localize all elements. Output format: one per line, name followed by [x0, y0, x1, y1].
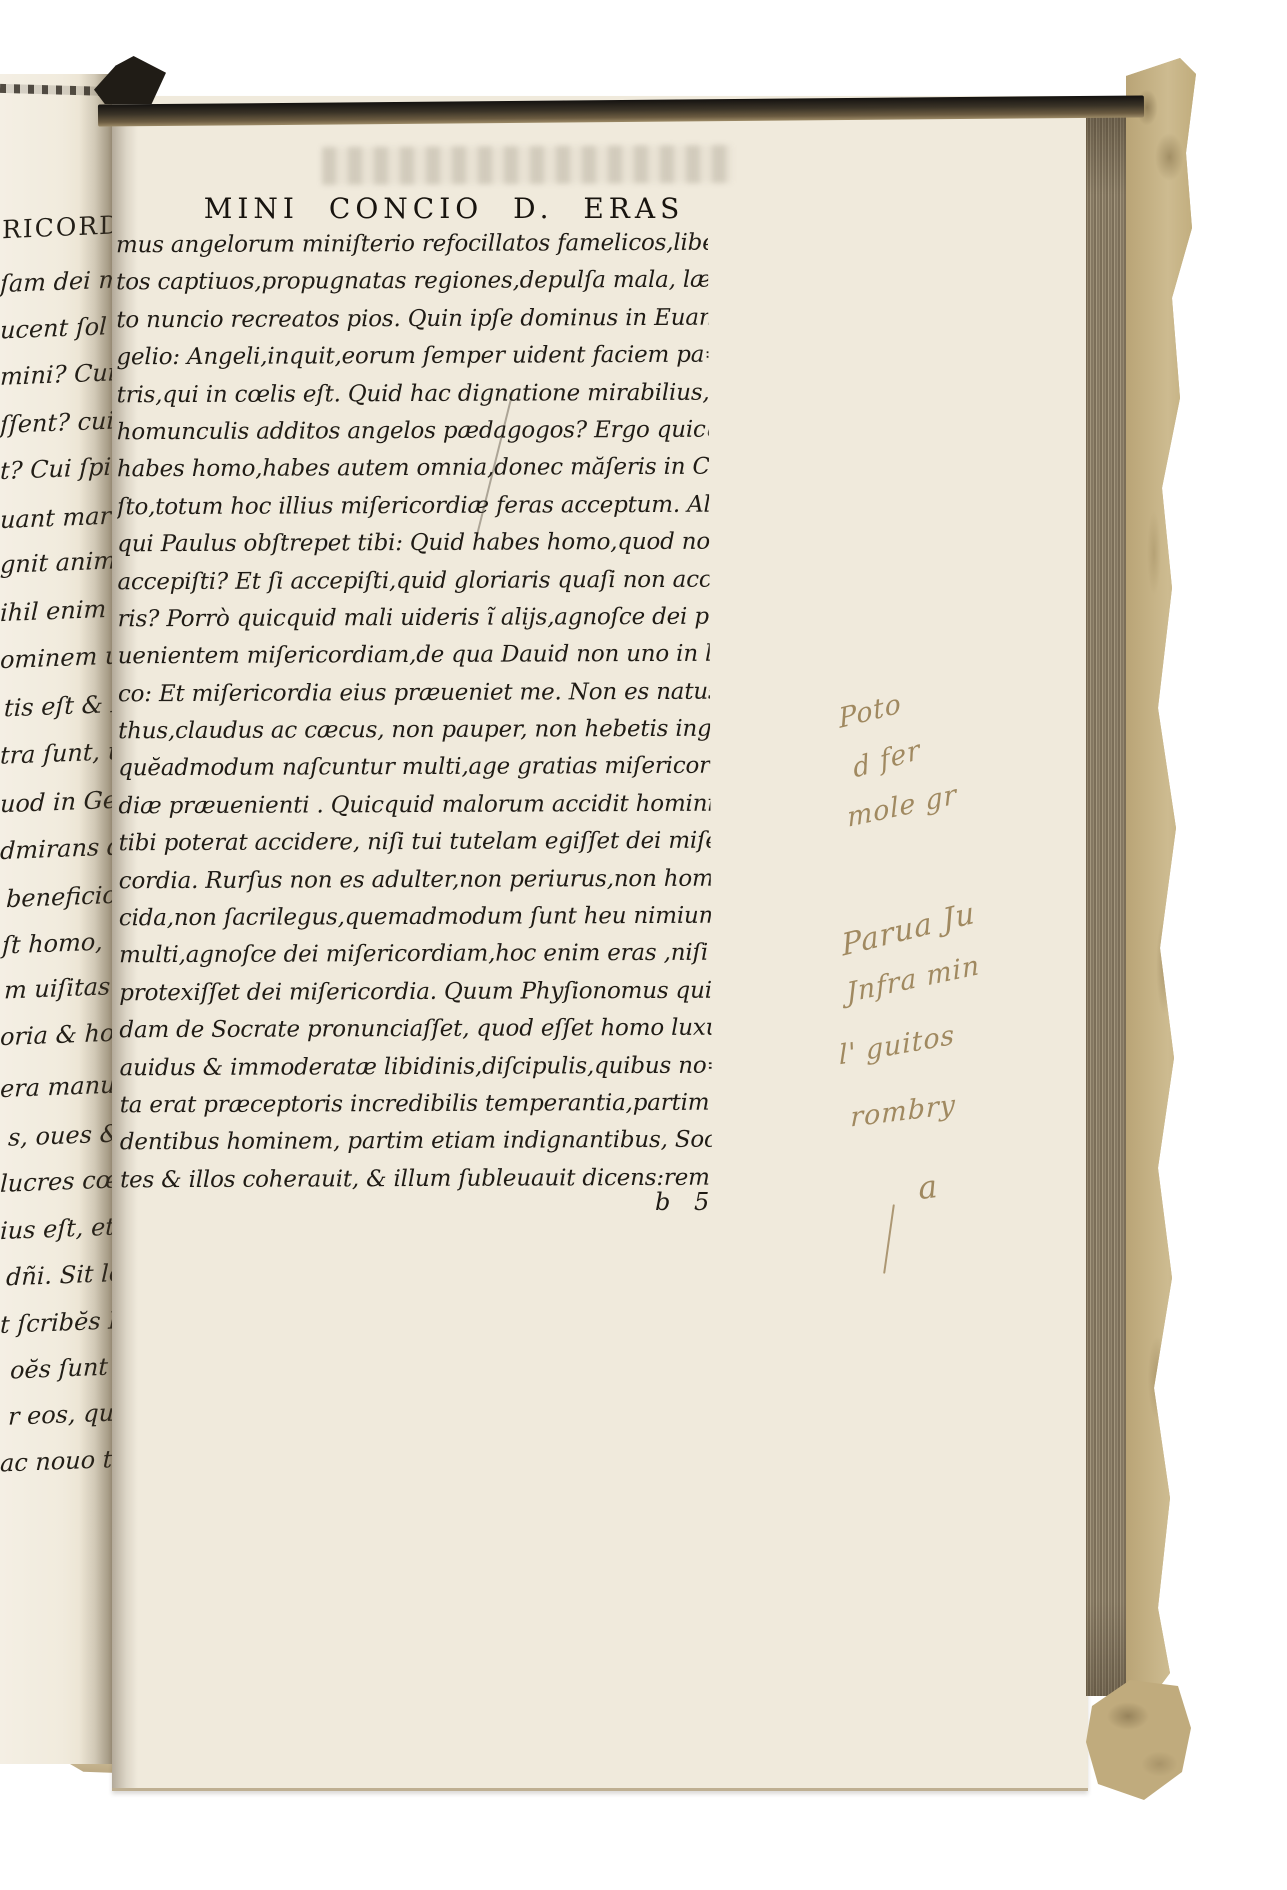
body-text-line: dam de Socrate pronunciaſſet, quod eſſet…: [119, 1010, 711, 1050]
body-text-line: diæ præuenienti . Quicquid malorum accid…: [118, 786, 710, 826]
body-text-line: qui Paulus obſtrepet tibi: Quid habes ho…: [117, 524, 709, 564]
book-photograph: RICORDIA ſam dei miſericor ucent ſol per…: [0, 0, 1287, 1890]
body-text-line: quĕadmodum naſcuntur multi,age gratias m…: [118, 748, 710, 788]
facing-page-edge: RICORDIA ſam dei miſericor ucent ſol per…: [0, 74, 113, 1764]
marginalia-note: rombry: [850, 1089, 956, 1133]
body-text-line: multi,agnoſce dei miſericordiam,hoc enim…: [119, 935, 711, 975]
marginalia-note: mole gr: [846, 779, 958, 834]
body-text-line: tibi poterat accidere, niſi tui tutelam …: [118, 823, 710, 863]
facing-page-text-fragment: ſam dei miſericor: [0, 262, 113, 298]
facing-page-text-fragment: t ſcribĕs Hebreis: [0, 1303, 113, 1339]
facing-page-text-fragment: ihil enim omnium: [0, 591, 113, 627]
marginalia-note: Jnfra min: [845, 950, 981, 1010]
marginalia-note: l' guitos: [838, 1020, 955, 1072]
body-text-line: thus,claudus ac cæcus, non pauper, non h…: [118, 711, 710, 751]
pen-stroke: [883, 1204, 895, 1274]
facing-page-text-fragment: tra ſunt, uos aut: [0, 734, 113, 770]
facing-page-text-fragment: t? Cui ſpirant aur: [0, 449, 113, 485]
body-text-line: cida,non ſacrilegus,quemadmodum ſunt heu…: [119, 898, 711, 938]
body-text-line: ſto,totum hoc illius miſericordiæ feras …: [117, 486, 709, 526]
vellum-bottom-corner: [1086, 1680, 1191, 1800]
body-text-line: tris,qui in cœlis eſt. Quid hac dignatio…: [117, 374, 709, 414]
signature-mark: b 5: [655, 1188, 709, 1216]
facing-page-text-fragment: dñi. Sit leue pōdus: [6, 1255, 113, 1292]
body-text-line: protexiſſet dei miſericordia. Quum Phyſi…: [119, 973, 711, 1013]
body-text-line: tes & illos coherauit, & illum ſubleuaui…: [120, 1159, 712, 1199]
body-text-line: homunculis additos angelos pædagogos? Er…: [117, 412, 709, 452]
body-text-line: ris? Porrò quicquid mali uideris ĩ alijs…: [118, 599, 710, 639]
marginalia-note: a: [916, 1167, 940, 1207]
facing-page-text-fragment: uod in Geneſi narr: [0, 782, 113, 819]
facing-page-text-fragment: mini? Cuius uſib: [0, 355, 113, 391]
body-text-line: cordia. Rurſus non es adulter,non periur…: [119, 860, 711, 900]
facing-page-text-fragment: beneficiorum in h: [6, 877, 113, 913]
facing-page-text-fragment: ucent ſol per diem,: [0, 308, 113, 345]
facing-page-text-fragment: ſt homo, quod mem: [2, 922, 113, 959]
running-title: MINI CONCIO D. ERAS: [189, 192, 699, 225]
facing-page-text-fragment: m uiſitas eum?: [4, 970, 113, 1005]
body-text-line: gelio: Angeli,inquit,eorum ſemper uident…: [116, 337, 708, 377]
body-text-line: habes homo,habes autem omnia,donec măſer…: [117, 449, 709, 489]
facing-page-text-fragment: r eos, qui hered: [8, 1395, 113, 1430]
facing-page-text-fragment: lucres cœli & piſ: [0, 1162, 113, 1198]
body-text-line: ta erat præceptoris incredibilis tempera…: [120, 1085, 712, 1125]
facing-page-text-fragment: ſſent? cui pendul: [0, 403, 113, 439]
ink-showthrough: [322, 145, 732, 185]
body-text-line: to nuncio recreatos pios. Quin ipſe domi…: [116, 299, 708, 339]
body-text-line: auidus & immoderatæ libidinis,diſcipulis…: [119, 1047, 711, 1087]
facing-page-text-fragment: tis eſt & Paulu: [4, 688, 113, 723]
facing-page-text-fragment: era manuum tuar: [0, 1067, 113, 1103]
body-text-line: mus angelorum miniſterio refocillatos fa…: [116, 225, 708, 265]
body-text-line: co: Et miſericordia eius præueniet me. N…: [118, 673, 710, 713]
body-text-line: dentibus hominem, partim etiam indignant…: [120, 1122, 712, 1162]
body-text-line: tos captiuos,propugnatas regiones,depulſ…: [116, 262, 708, 302]
facing-page-text-fragment: ac nouo teſtam: [0, 1442, 113, 1477]
facing-page-text-fragment: gnit animantium: [0, 543, 113, 579]
marginalia-note: d fer: [851, 734, 922, 784]
book-page: MINI CONCIO D. ERAS mus angelorum miniſt…: [112, 96, 1088, 1791]
facing-page-text-fragment: ius eſt, etiam ang: [0, 1209, 113, 1245]
marginalia-note: Poto: [837, 688, 903, 735]
facing-page-text-fragment: s, oues & boues: [8, 1116, 113, 1151]
facing-page-text-fragment: uant maria, ſtagn: [0, 498, 113, 534]
body-text-line: accepiſti? Et ſi accepiſti,quid gloriari…: [117, 561, 709, 601]
facing-page-text-fragment: dmirans dei bonit: [0, 829, 113, 865]
facing-page-text-fragment: ominem uoluit ſib: [0, 638, 113, 674]
body-text-line: uenientem miſericordiam,de qua Dauid non…: [118, 636, 710, 676]
body-text-block: mus angelorum miniſterio refocillatos fa…: [116, 225, 712, 1200]
vellum-cover-edge: [1126, 58, 1196, 1708]
facing-page-running-title-fragment: RICORDIA: [2, 209, 113, 245]
facing-page-text-fragment: oria & honore cor: [0, 1015, 113, 1051]
facing-page-text-fragment: oĕs ſunt admin: [10, 1349, 113, 1384]
